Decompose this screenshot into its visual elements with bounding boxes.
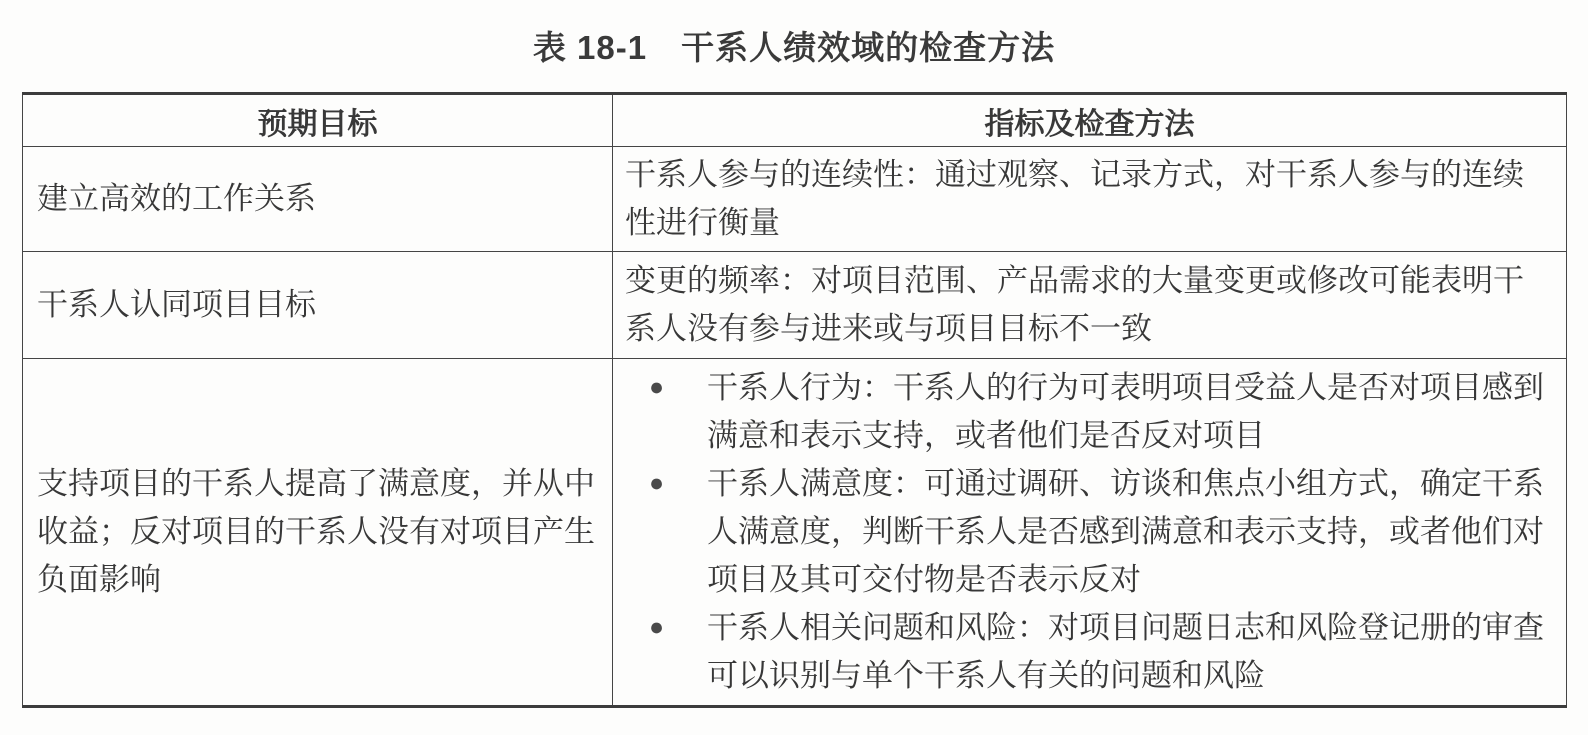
bullet-text: 干系人相关问题和风险：对项目问题日志和风险登记册的审查可以识别与单个干系人有关的… xyxy=(707,604,1548,700)
bullet-icon: ● xyxy=(649,364,707,412)
table-row: 支持项目的干系人提高了满意度，并从中收益；反对项目的干系人没有对项目产生负面影响… xyxy=(23,359,1567,707)
goal-cell: 建立高效的工作关系 xyxy=(23,147,613,252)
bullet-item: ● 干系人相关问题和风险：对项目问题日志和风险登记册的审查可以识别与单个干系人有… xyxy=(625,604,1548,700)
bullet-list: ● 干系人行为：干系人的行为可表明项目受益人是否对项目感到满意和表示支持，或者他… xyxy=(625,364,1548,700)
bullet-text: 干系人满意度：可通过调研、访谈和焦点小组方式，确定干系人满意度，判断干系人是否感… xyxy=(707,460,1548,604)
bullet-icon: ● xyxy=(649,604,707,652)
column-header-expected-goal: 预期目标 xyxy=(23,94,613,147)
table-caption: 表 18-1 干系人绩效域的检查方法 xyxy=(0,0,1588,69)
bullet-item: ● 干系人满意度：可通过调研、访谈和焦点小组方式，确定干系人满意度，判断干系人是… xyxy=(625,460,1548,604)
bullet-icon: ● xyxy=(649,460,707,508)
bullet-text: 干系人行为：干系人的行为可表明项目受益人是否对项目感到满意和表示支持，或者他们是… xyxy=(707,364,1548,460)
header-row: 预期目标 指标及检查方法 xyxy=(23,94,1567,147)
table-row: 干系人认同项目目标 变更的频率：对项目范围、产品需求的大量变更或修改可能表明干系… xyxy=(23,252,1567,359)
stakeholder-inspection-table: 预期目标 指标及检查方法 建立高效的工作关系 干系人参与的连续性：通过观察、记录… xyxy=(22,92,1567,708)
bullet-item: ● 干系人行为：干系人的行为可表明项目受益人是否对项目感到满意和表示支持，或者他… xyxy=(625,364,1548,460)
method-cell: ● 干系人行为：干系人的行为可表明项目受益人是否对项目感到满意和表示支持，或者他… xyxy=(613,359,1567,707)
document-page: 表 18-1 干系人绩效域的检查方法 预期目标 指标及检查方法 建立高效的工作关… xyxy=(0,0,1588,735)
goal-cell: 干系人认同项目目标 xyxy=(23,252,613,359)
goal-cell: 支持项目的干系人提高了满意度，并从中收益；反对项目的干系人没有对项目产生负面影响 xyxy=(23,359,613,707)
table-row: 建立高效的工作关系 干系人参与的连续性：通过观察、记录方式，对干系人参与的连续性… xyxy=(23,147,1567,252)
method-cell: 干系人参与的连续性：通过观察、记录方式，对干系人参与的连续性进行衡量 xyxy=(613,147,1567,252)
method-cell: 变更的频率：对项目范围、产品需求的大量变更或修改可能表明干系人没有参与进来或与项… xyxy=(613,252,1567,359)
column-header-indicators-methods: 指标及检查方法 xyxy=(613,94,1567,147)
